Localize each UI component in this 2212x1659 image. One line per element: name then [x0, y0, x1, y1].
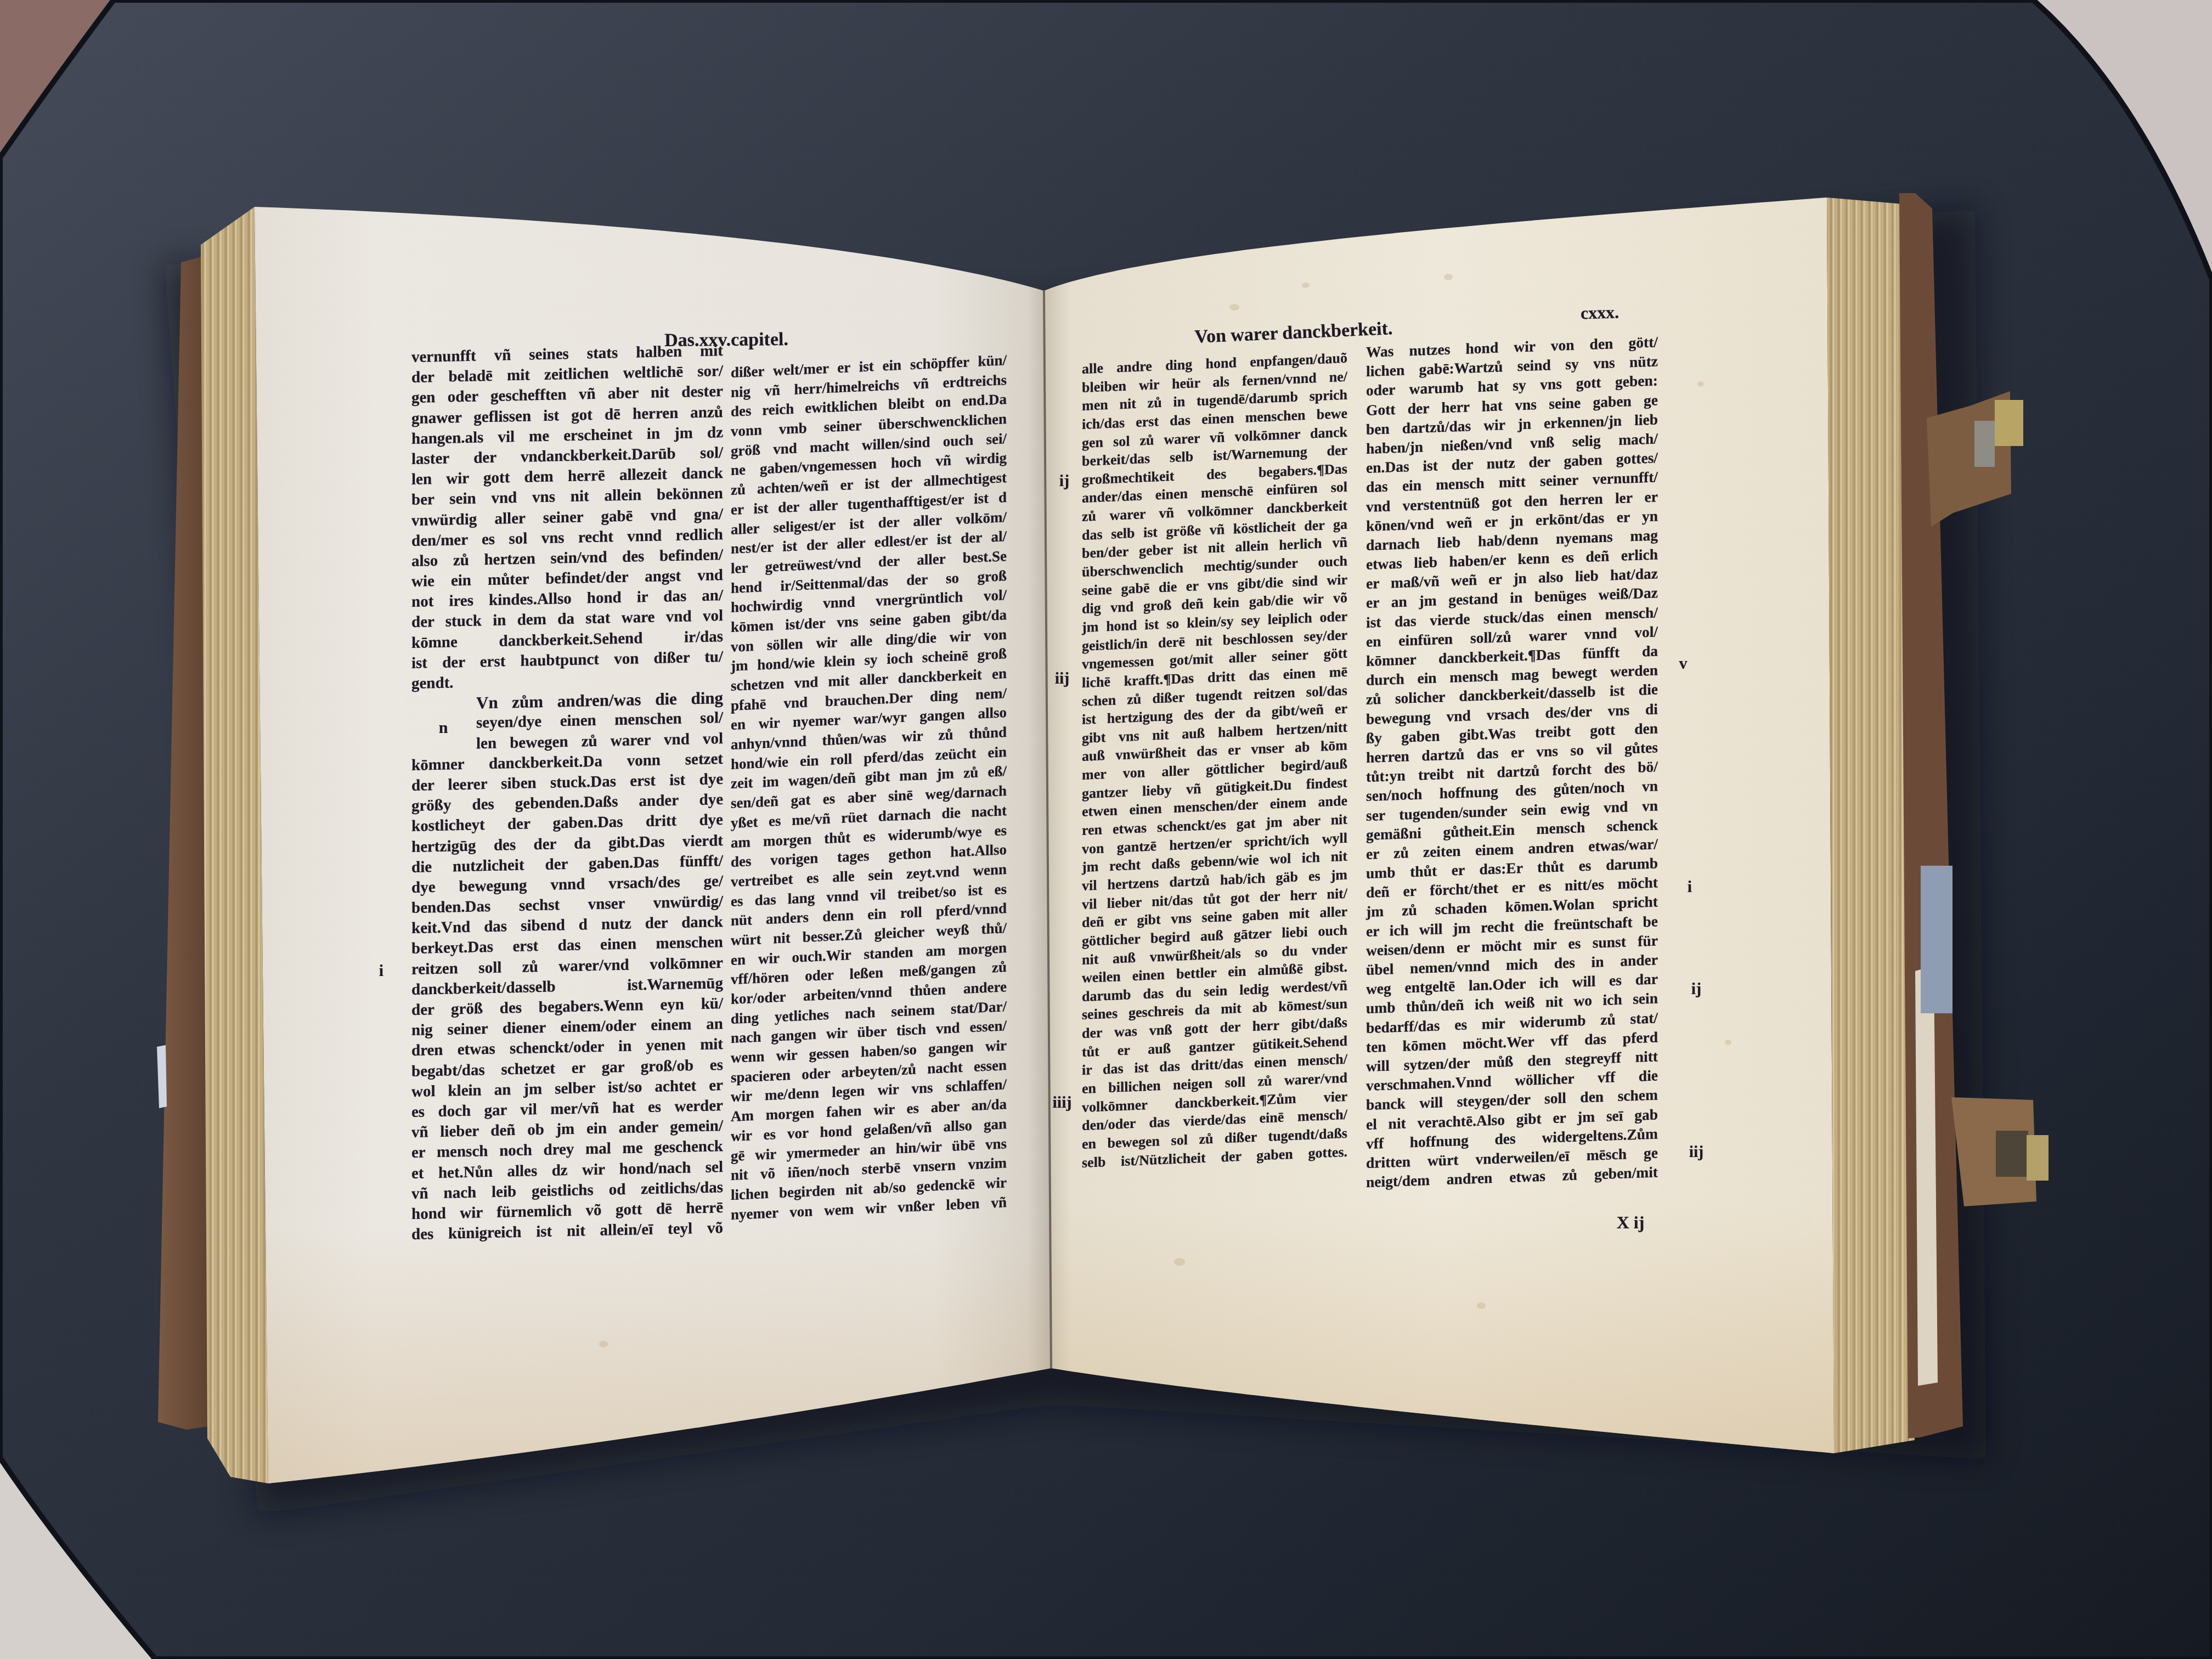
right-page-column-1: alle andre ding hond enpfangen/dauõbleib… [1082, 349, 1347, 1172]
margin-mark: iij [1055, 669, 1070, 688]
right-running-head: Von warer danckberkeit. [1194, 318, 1393, 348]
margin-mark: i [1688, 878, 1692, 896]
folio-number: cxxx. [1580, 302, 1619, 324]
margin-mark: iiij [1053, 1093, 1072, 1112]
margin-mark: iij [1689, 1143, 1704, 1161]
left-page-column-2: dißer welt/mer er ist ein schöpffer kün/… [731, 351, 1007, 1224]
margin-mark: i [379, 962, 383, 980]
margin-mark: v [1679, 654, 1688, 673]
signature-mark: X ij [1617, 1212, 1645, 1233]
margin-mark: n [439, 719, 448, 737]
left-page-column-1: vernunfft vñ seines stats halben mitder … [411, 341, 723, 1245]
book-text-layer: Das.xxv.capitel. vernunfft vñ seines sta… [0, 0, 2212, 1659]
margin-mark: ij [1059, 472, 1069, 490]
margin-mark: ij [1691, 980, 1701, 998]
right-page-column-2: Was nutzes hond wir von den gött/lichen … [1366, 332, 1658, 1192]
